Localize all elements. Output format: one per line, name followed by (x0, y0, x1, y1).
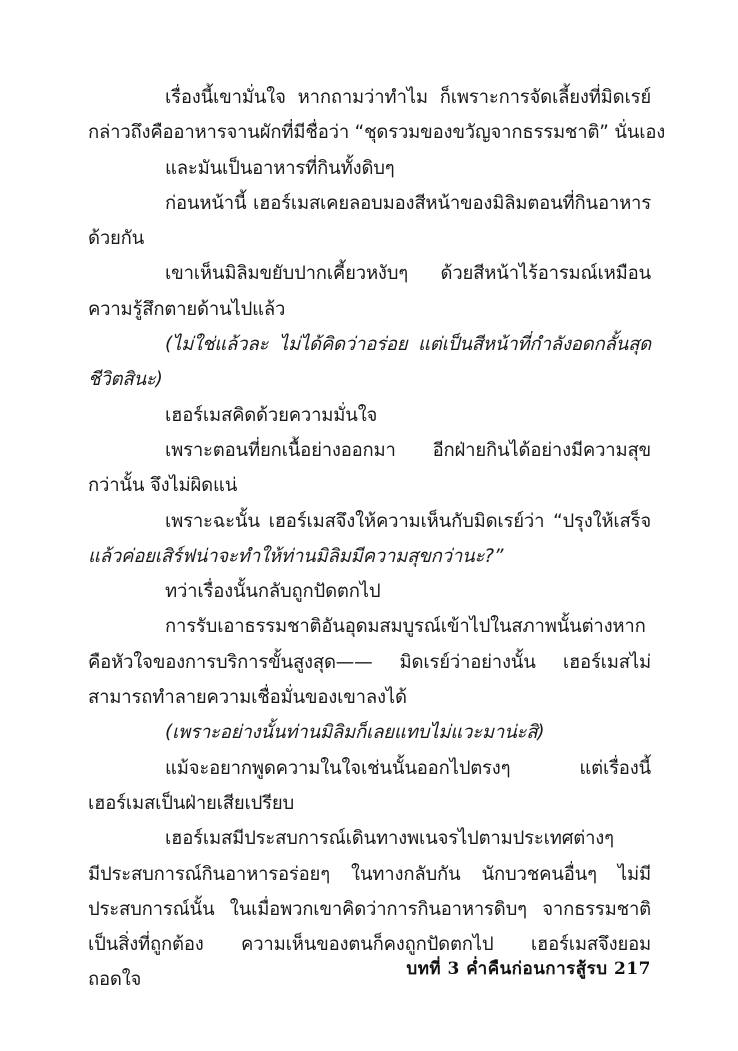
text-line: เขาเห็นมิลิมขยับปากเคี้ยวหงับๆ ด้วยสีหน้… (88, 256, 651, 291)
text-line: แม้จะอยากพูดความในใจเช่นนั้นออกไปตรงๆ แต… (88, 751, 651, 786)
text-line-italic: (เพราะอย่างนั้นท่านมิลิมก็เลยแทบไม่แวะมา… (88, 715, 651, 750)
text-line: เฮอร์เมสคิดด้วยความมั่นใจ (88, 398, 651, 433)
text-line-italic: ชีวิตสินะ) (88, 362, 651, 397)
text-line: กว่านั้น จึงไม่ผิดแน่ (88, 468, 651, 503)
text-line: สามารถทำลายความเชื่อมั่นของเขาลงได้ (88, 680, 651, 715)
text-line: คือหัวใจของการบริการขั้นสูงสุด—— มิดเรย์… (88, 645, 651, 680)
text-line: ก่อนหน้านี้ เฮอร์เมสเคยลอบมองสีหน้าของมิ… (88, 186, 651, 221)
text-line: กล่าวถึงคืออาหารจานผักที่มีชื่อว่า “ชุดร… (88, 115, 651, 150)
text-line: ความรู้สึกตายด้านไปแล้ว (88, 292, 651, 327)
text-line: ประสบการณ์นั้น ในเมื่อพวกเขาคิดว่าการกิน… (88, 892, 651, 927)
text-line: ทว่าเรื่องนั้นกลับถูกปัดตกไป (88, 574, 651, 609)
text-line: เรื่องนี้เขามั่นใจ หากถามว่าทำไม ก็เพราะ… (88, 80, 651, 115)
text-line-italic: แล้วค่อยเสิร์ฟน่าจะทำให้ท่านมิลิมมีความส… (88, 539, 651, 574)
text-line: เพราะตอนที่ยกเนื้อย่างออกมา อีกฝ่ายกินได… (88, 433, 651, 468)
text-line: เฮอร์เมสมีประสบการณ์เดินทางพเนจรไปตามประ… (88, 821, 651, 856)
page-number: 217 (614, 959, 651, 979)
text-line: เพราะฉะนั้น เฮอร์เมสจึงให้ความเห็นกับมิด… (88, 504, 651, 539)
text-line-italic: (ไม่ใช่แล้วละ ไม่ได้คิดว่าอร่อย แต่เป็นส… (88, 327, 651, 362)
text-line: เฮอร์เมสเป็นฝ่ายเสียเปรียบ (88, 786, 651, 821)
text-line: ด้วยกัน (88, 221, 651, 256)
text-line: การรับเอาธรรมชาติอันอุดมสมบูรณ์เข้าไปในส… (88, 609, 651, 644)
page-footer: บทที่ 3 ค่ำคืนก่อนการสู้รบ 217 (406, 955, 651, 982)
text-line: และมันเป็นอาหารที่กินทั้งดิบๆ (88, 151, 651, 186)
text-line: มีประสบการณ์กินอาหารอร่อยๆ ในทางกลับกัน … (88, 857, 651, 892)
chapter-title: บทที่ 3 ค่ำคืนก่อนการสู้รบ (406, 959, 607, 979)
page-body: เรื่องนี้เขามั่นใจ หากถามว่าทำไม ก็เพราะ… (88, 80, 651, 998)
